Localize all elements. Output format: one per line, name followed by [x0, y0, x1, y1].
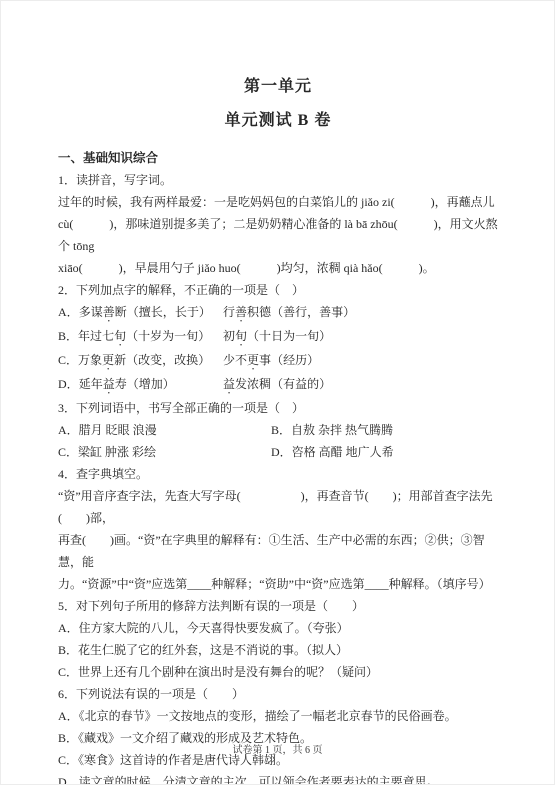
doc-line: 4．查字典填空。	[58, 463, 498, 485]
doc-line: 力。“资源”中“资”应选第____种解释；“资助”中“资”应选第____种解释。…	[58, 573, 498, 595]
test-title: 单元测试 B 卷	[58, 111, 498, 131]
option-right: 益发浓稠（有益的）	[223, 373, 498, 397]
option-left: B．年过七旬（十岁为一旬）	[58, 325, 223, 349]
doc-line: D．读文章的时候，分清文章的主次，可以领会作者要表达的主要意思。	[58, 771, 498, 785]
page-footer: 试卷第 1 页，共 6 页	[1, 741, 554, 756]
doc-line: 3．下列词语中，书写全部正确的一项是（ ）	[58, 397, 498, 419]
doc-line: A．腊月 眨眼 浪漫B．自敖 杂拌 热气腾腾	[58, 419, 498, 441]
option-right: D．咨格 高醋 地广人希	[271, 441, 498, 463]
document-body: 1．读拼音，写字词。过年的时候，我有两样最爱：一是吃妈妈包的白菜馅儿的 jiǎo…	[58, 169, 498, 785]
option-left: C．万象更新（改变，改换）	[58, 349, 223, 373]
doc-line: 6．下列说法有误的一项是（ ）	[58, 683, 498, 705]
doc-line: cù( )，那味道别提多美了；二是奶奶精心准备的 là bā zhōu( )，用…	[58, 213, 498, 257]
doc-line: D．延年益寿（增加）益发浓稠（有益的）	[58, 373, 498, 397]
option-left: D．延年益寿（增加）	[58, 373, 223, 397]
unit-title: 第一单元	[58, 77, 498, 97]
document-content: 第一单元 单元测试 B 卷 一、基础知识综合 1．读拼音，写字词。过年的时候，我…	[1, 1, 554, 785]
doc-line: B．花生仁脱了它的红外套，这是不消说的事。（拟人）	[58, 639, 498, 661]
doc-line: “资”用音序查字法，先查大写字母( )，再查音节( )；用部首查字法先( )部，	[58, 485, 498, 529]
doc-line: C．万象更新（改变，改换）少不更事（经历）	[58, 349, 498, 373]
doc-line: 2．下列加点字的解释，不正确的一项是（ ）	[58, 279, 498, 301]
doc-line: 1．读拼音，写字词。	[58, 169, 498, 191]
doc-line: A．住方家大院的八儿，今天喜得快要发疯了。（夸张）	[58, 617, 498, 639]
option-left: A．腊月 眨眼 浪漫	[58, 419, 271, 441]
option-left: A．多谋善断（擅长，长于）	[58, 301, 223, 325]
option-right: 少不更事（经历）	[223, 349, 498, 373]
doc-line: 过年的时候，我有两样最爱：一是吃妈妈包的白菜馅儿的 jiǎo zi( )，再蘸点…	[58, 191, 498, 213]
doc-line: xiāo( )，早晨用勺子 jiǎo huo( )均匀，浓稠 qià hǎo( …	[58, 257, 498, 279]
option-right: 初旬（十日为一旬）	[223, 325, 498, 349]
section-heading: 一、基础知识综合	[58, 147, 498, 169]
option-left: C．梁缸 肿涨 彩绘	[58, 441, 271, 463]
doc-line: A．《北京的春节》一文按地点的变形，描绘了一幅老北京春节的民俗画卷。	[58, 705, 498, 727]
option-right: B．自敖 杂拌 热气腾腾	[271, 419, 498, 441]
doc-line: C．世界上还有几个剧种在演出时是没有舞台的呢？（疑问）	[58, 661, 498, 683]
document-page: 第一单元 单元测试 B 卷 一、基础知识综合 1．读拼音，写字词。过年的时候，我…	[0, 0, 555, 785]
doc-line: A．多谋善断（擅长，长于）行善积德（善行，善事）	[58, 301, 498, 325]
option-right: 行善积德（善行，善事）	[223, 301, 498, 325]
doc-line: B．年过七旬（十岁为一旬）初旬（十日为一旬）	[58, 325, 498, 349]
doc-line: 5．对下列句子所用的修辞方法判断有误的一项是（ ）	[58, 595, 498, 617]
doc-line: C．梁缸 肿涨 彩绘D．咨格 高醋 地广人希	[58, 441, 498, 463]
doc-line: 再查( )画。“资”在字典里的解释有：①生活、生产中必需的东西；②供；③智慧，能	[58, 529, 498, 573]
